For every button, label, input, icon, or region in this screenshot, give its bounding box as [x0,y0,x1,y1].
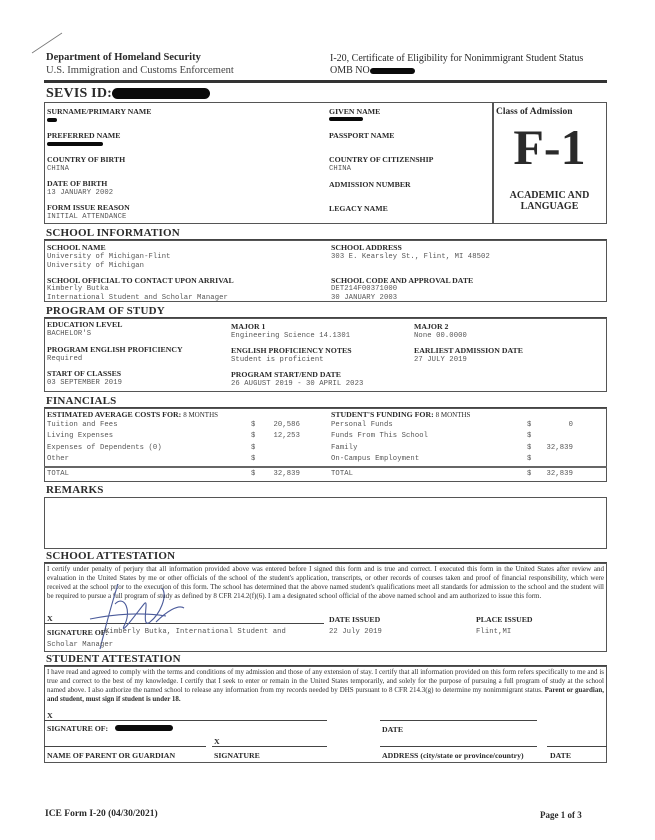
cost-row-label: Other [47,455,69,463]
school-info-box [44,240,607,302]
start-of-classes-value: 03 SEPTEMBER 2019 [47,379,122,387]
funding-label: STUDENT'S FUNDING FOR: [331,410,434,419]
funding-total-label: TOTAL [331,470,353,478]
funding-row-label: Personal Funds [331,421,393,429]
funding-row-currency: $ [527,432,531,440]
given-name-label: GIVEN NAME [329,107,380,116]
page-number: Page 1 of 3 [540,810,582,820]
parent-name-line [44,746,206,747]
remarks-box [44,497,607,549]
costs-total-currency: $ [251,470,255,478]
english-notes-value: Student is proficient [231,356,324,364]
class-of-admission-desc-1: ACADEMIC AND [492,190,607,201]
funding-total-amount: 32,839 [535,470,573,478]
funding-row-amount: 0 [535,421,573,429]
form-id: ICE Form I-20 (04/30/2021) [45,809,158,819]
dob-label: DATE OF BIRTH [47,179,107,188]
school-address-value: 303 E. Kearsley St., Flint, MI 48502 [331,253,490,261]
program-title: PROGRAM OF STUDY [46,305,165,317]
cost-row-label: Expenses of Dependents (0) [47,444,162,452]
redacted-preferred-name [47,142,103,146]
funding-period: 8 MONTHS [436,411,471,419]
preferred-name-label: PREFERRED NAME [47,131,120,140]
cost-row-currency: $ [251,432,255,440]
cost-row-label: Tuition and Fees [47,421,118,429]
school-signer-line1: Kimberly Butka, International Student an… [105,628,286,636]
costs-period: 8 MONTHS [183,411,218,419]
cost-row-amount: 20,586 [262,421,300,429]
form-issue-reason-label: FORM ISSUE REASON [47,203,130,212]
student-attestation-title: STUDENT ATTESTATION [46,653,181,665]
redacted-given-name [329,117,363,121]
education-level-value: BACHELOR'S [47,330,91,338]
class-of-admission-desc-2: LANGUAGE [492,201,607,212]
parent-signature-line [212,746,327,747]
costs-label: ESTIMATED AVERAGE COSTS FOR: [47,410,181,419]
omb-label: OMB NO. [330,65,372,76]
school-attestation-title: SCHOOL ATTESTATION [46,550,175,562]
program-dates-label: PROGRAM START/END DATE [231,370,341,379]
agency-name: Department of Homeland Security [46,52,201,63]
school-address-label: SCHOOL ADDRESS [331,243,402,252]
header-divider [44,80,607,83]
funding-header: STUDENT'S FUNDING FOR: 8 MONTHS [331,410,470,419]
funding-row-label: On-Campus Employment [331,455,419,463]
earliest-admission-value: 27 JULY 2019 [414,356,467,364]
costs-total-amount: 32,839 [262,470,300,478]
cost-row-amount: 12,253 [262,432,300,440]
school-signer-line2: Scholar Manager [47,641,113,649]
school-approval-date: 30 JANUARY 2003 [331,294,397,302]
parent-address-label: ADDRESS (city/state or province/country) [382,751,524,760]
funding-row-label: Family [331,444,357,452]
date-issued-value: 22 July 2019 [329,628,382,636]
financials-title: FINANCIALS [46,395,116,407]
school-signature-x: X [47,614,53,623]
funding-row-currency: $ [527,455,531,463]
education-level-label: EDUCATION LEVEL [47,320,122,329]
cost-row-label: Living Expenses [47,432,113,440]
school-signature-label: SIGNATURE OF: [47,628,108,637]
remarks-text [45,498,606,504]
funding-row-currency: $ [527,444,531,452]
parent-signature-label: SIGNATURE [214,751,260,760]
student-date-line [380,720,537,721]
funding-total-currency: $ [527,470,531,478]
school-official-label: SCHOOL OFFICIAL TO CONTACT UPON ARRIVAL [47,276,234,285]
school-official-name: Kimberly Butka [47,285,109,293]
school-info-title: SCHOOL INFORMATION [46,227,180,239]
school-official-title: International Student and Scholar Manage… [47,294,228,302]
english-proficiency-label: PROGRAM ENGLISH PROFICIENCY [47,345,183,354]
class-of-admission-value: F-1 [492,119,607,175]
form-title: I-20, Certificate of Eligibility for Non… [330,53,583,64]
surname-label: SURNAME/PRIMARY NAME [47,107,151,116]
date-issued-label: DATE ISSUED [329,615,380,624]
major1-label: MAJOR 1 [231,322,265,331]
cost-row-currency: $ [251,444,255,452]
school-name-line1: University of Michigan-Flint [47,253,171,261]
school-name-label: SCHOOL NAME [47,243,106,252]
sub-agency-name: U.S. Immigration and Customs Enforcement [46,65,234,76]
class-of-admission-label: Class of Admission [496,107,573,117]
sevis-id-label: SEVIS ID: [46,86,112,102]
major1-value: Engineering Science 14.1301 [231,332,350,340]
student-signature-label: SIGNATURE OF: [47,724,108,733]
form-issue-reason-value: INITIAL ATTENDANCE [47,213,126,221]
student-attestation-text: I have read and agreed to comply with th… [47,668,604,704]
financials-total-rule [44,466,607,468]
english-notes-label: ENGLISH PROFICIENCY NOTES [231,346,352,355]
school-code-label: SCHOOL CODE AND APPROVAL DATE [331,276,473,285]
student-attestation-body: I have read and agreed to comply with th… [47,668,604,694]
student-signature-x: X [47,711,53,720]
parent-date-line [547,746,607,747]
start-of-classes-label: START OF CLASSES [47,369,121,378]
country-of-birth-value: CHINA [47,165,69,173]
parent-address-line [380,746,537,747]
place-issued-label: PLACE ISSUED [476,615,533,624]
country-of-citizenship-label: COUNTRY OF CITIZENSHIP [329,155,433,164]
cost-row-currency: $ [251,421,255,429]
parent-name-label: NAME OF PARENT OR GUARDIAN [47,751,175,760]
redacted-omb-number [370,68,415,74]
legacy-name-label: LEGACY NAME [329,204,388,213]
earliest-admission-label: EARLIEST ADMISSION DATE [414,346,523,355]
major2-value: None 00.0000 [414,332,467,340]
student-date-label: DATE [382,725,403,734]
redacted-surname [47,118,57,122]
funding-row-amount: 32,839 [535,444,573,452]
funding-row-label: Funds From This School [331,432,428,440]
country-of-birth-label: COUNTRY OF BIRTH [47,155,125,164]
remarks-title: REMARKS [46,484,104,496]
omb-number: OMB NO. [330,65,372,76]
parent-date-label: DATE [550,751,571,760]
school-name-line2: University of Michigan [47,262,144,270]
costs-header: ESTIMATED AVERAGE COSTS FOR: 8 MONTHS [47,410,218,419]
major2-label: MAJOR 2 [414,322,448,331]
redacted-sevis-id [112,88,210,99]
english-proficiency-value: Required [47,355,82,363]
redacted-student-name [115,725,173,731]
program-dates-value: 26 AUGUST 2019 - 30 APRIL 2023 [231,380,363,388]
funding-row-currency: $ [527,421,531,429]
school-code-value: DET214F00371000 [331,285,397,293]
parent-signature-x: X [214,737,220,746]
student-signature-line [44,720,327,721]
place-issued-value: Flint,MI [476,628,511,636]
country-of-citizenship-value: CHINA [329,165,351,173]
passport-name-label: PASSPORT NAME [329,131,395,140]
cost-row-currency: $ [251,455,255,463]
costs-total-label: TOTAL [47,470,69,478]
admission-number-label: ADMISSION NUMBER [329,180,411,189]
dob-value: 13 JANUARY 2002 [47,189,113,197]
